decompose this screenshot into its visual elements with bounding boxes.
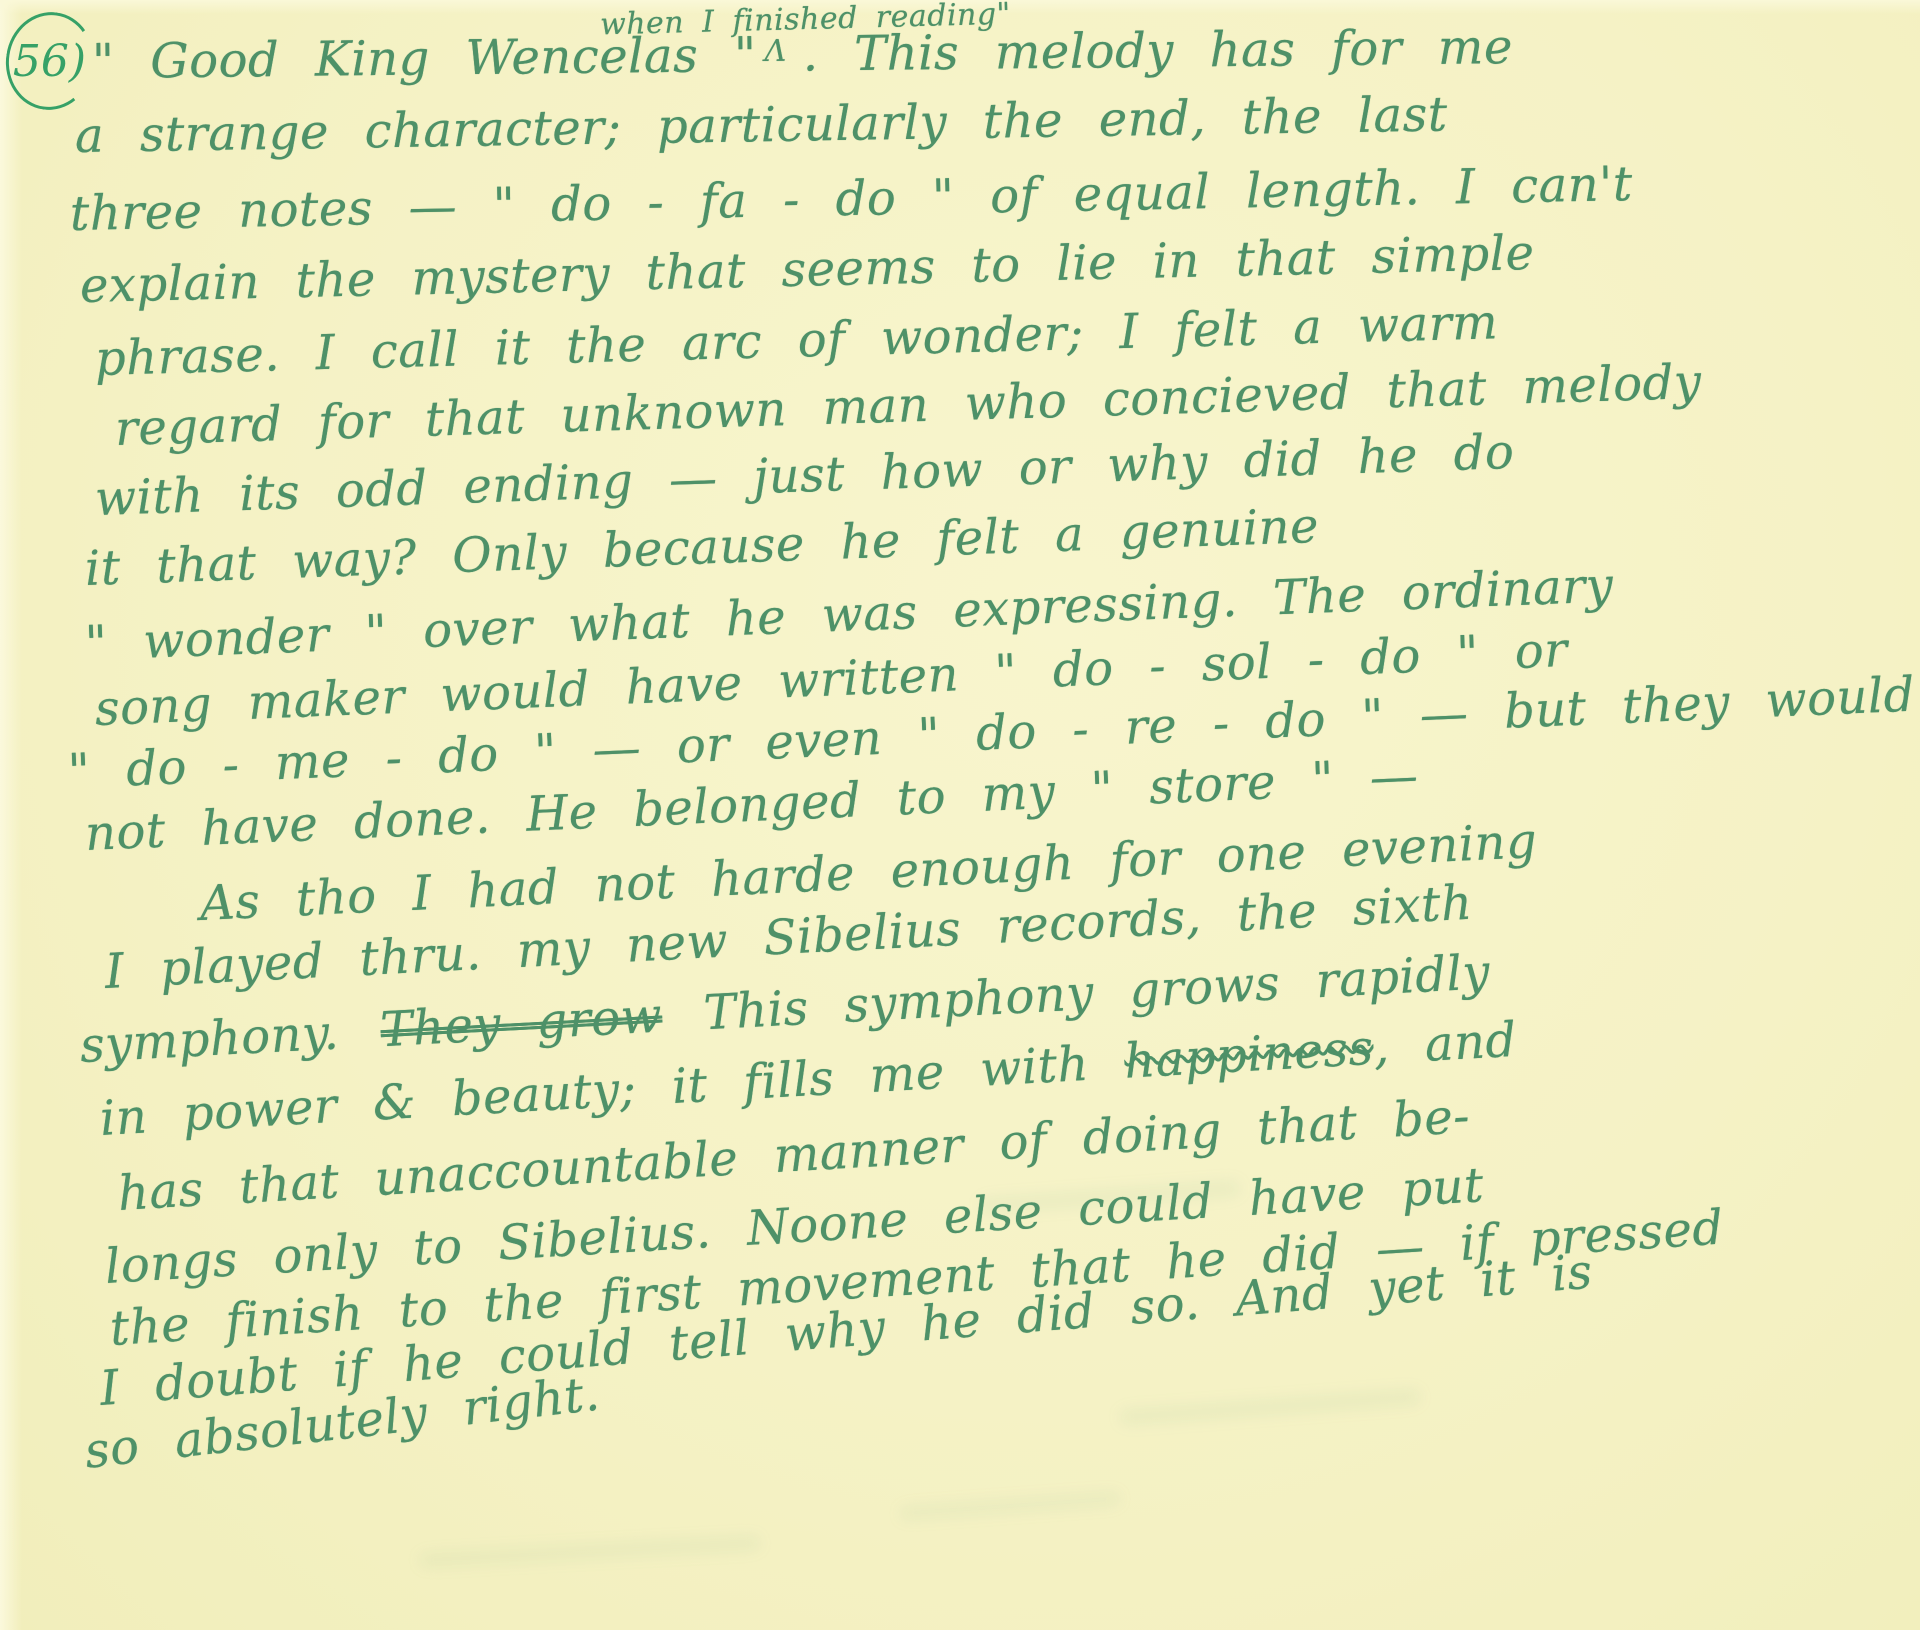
show-through-smudge	[420, 1536, 760, 1567]
handwritten-line: " Good King Wencelas "Λ. This melody has…	[92, 23, 1513, 86]
handwritten-line: a strange character; particularly the en…	[75, 90, 1448, 160]
diary-page: 56) when I finished reading" " Good King…	[0, 0, 1920, 1630]
handwriting-segment: . This melody has for me	[802, 19, 1513, 82]
overwritten-word: happiness	[1123, 1020, 1375, 1090]
handwritten-line: three notes — " do - fa - do " of equal …	[70, 160, 1633, 238]
handwritten-line: explain the mystery that seems to lie in…	[79, 229, 1534, 310]
handwriting-segment: symphony.	[79, 1003, 377, 1074]
scan-edge-left	[0, 0, 22, 1630]
handwriting-segment: a strange character; particularly the en…	[75, 86, 1448, 164]
handwriting-segment: " Good King Wencelas "	[92, 27, 757, 90]
show-through-smudge	[1120, 1390, 1420, 1425]
handwriting-segment: , and	[1372, 1012, 1518, 1076]
struck-out-text: They grow	[379, 988, 663, 1059]
show-through-smudge	[900, 1492, 1120, 1519]
page-number: 56)	[13, 36, 86, 87]
insertion-caret: Λ	[764, 37, 786, 67]
